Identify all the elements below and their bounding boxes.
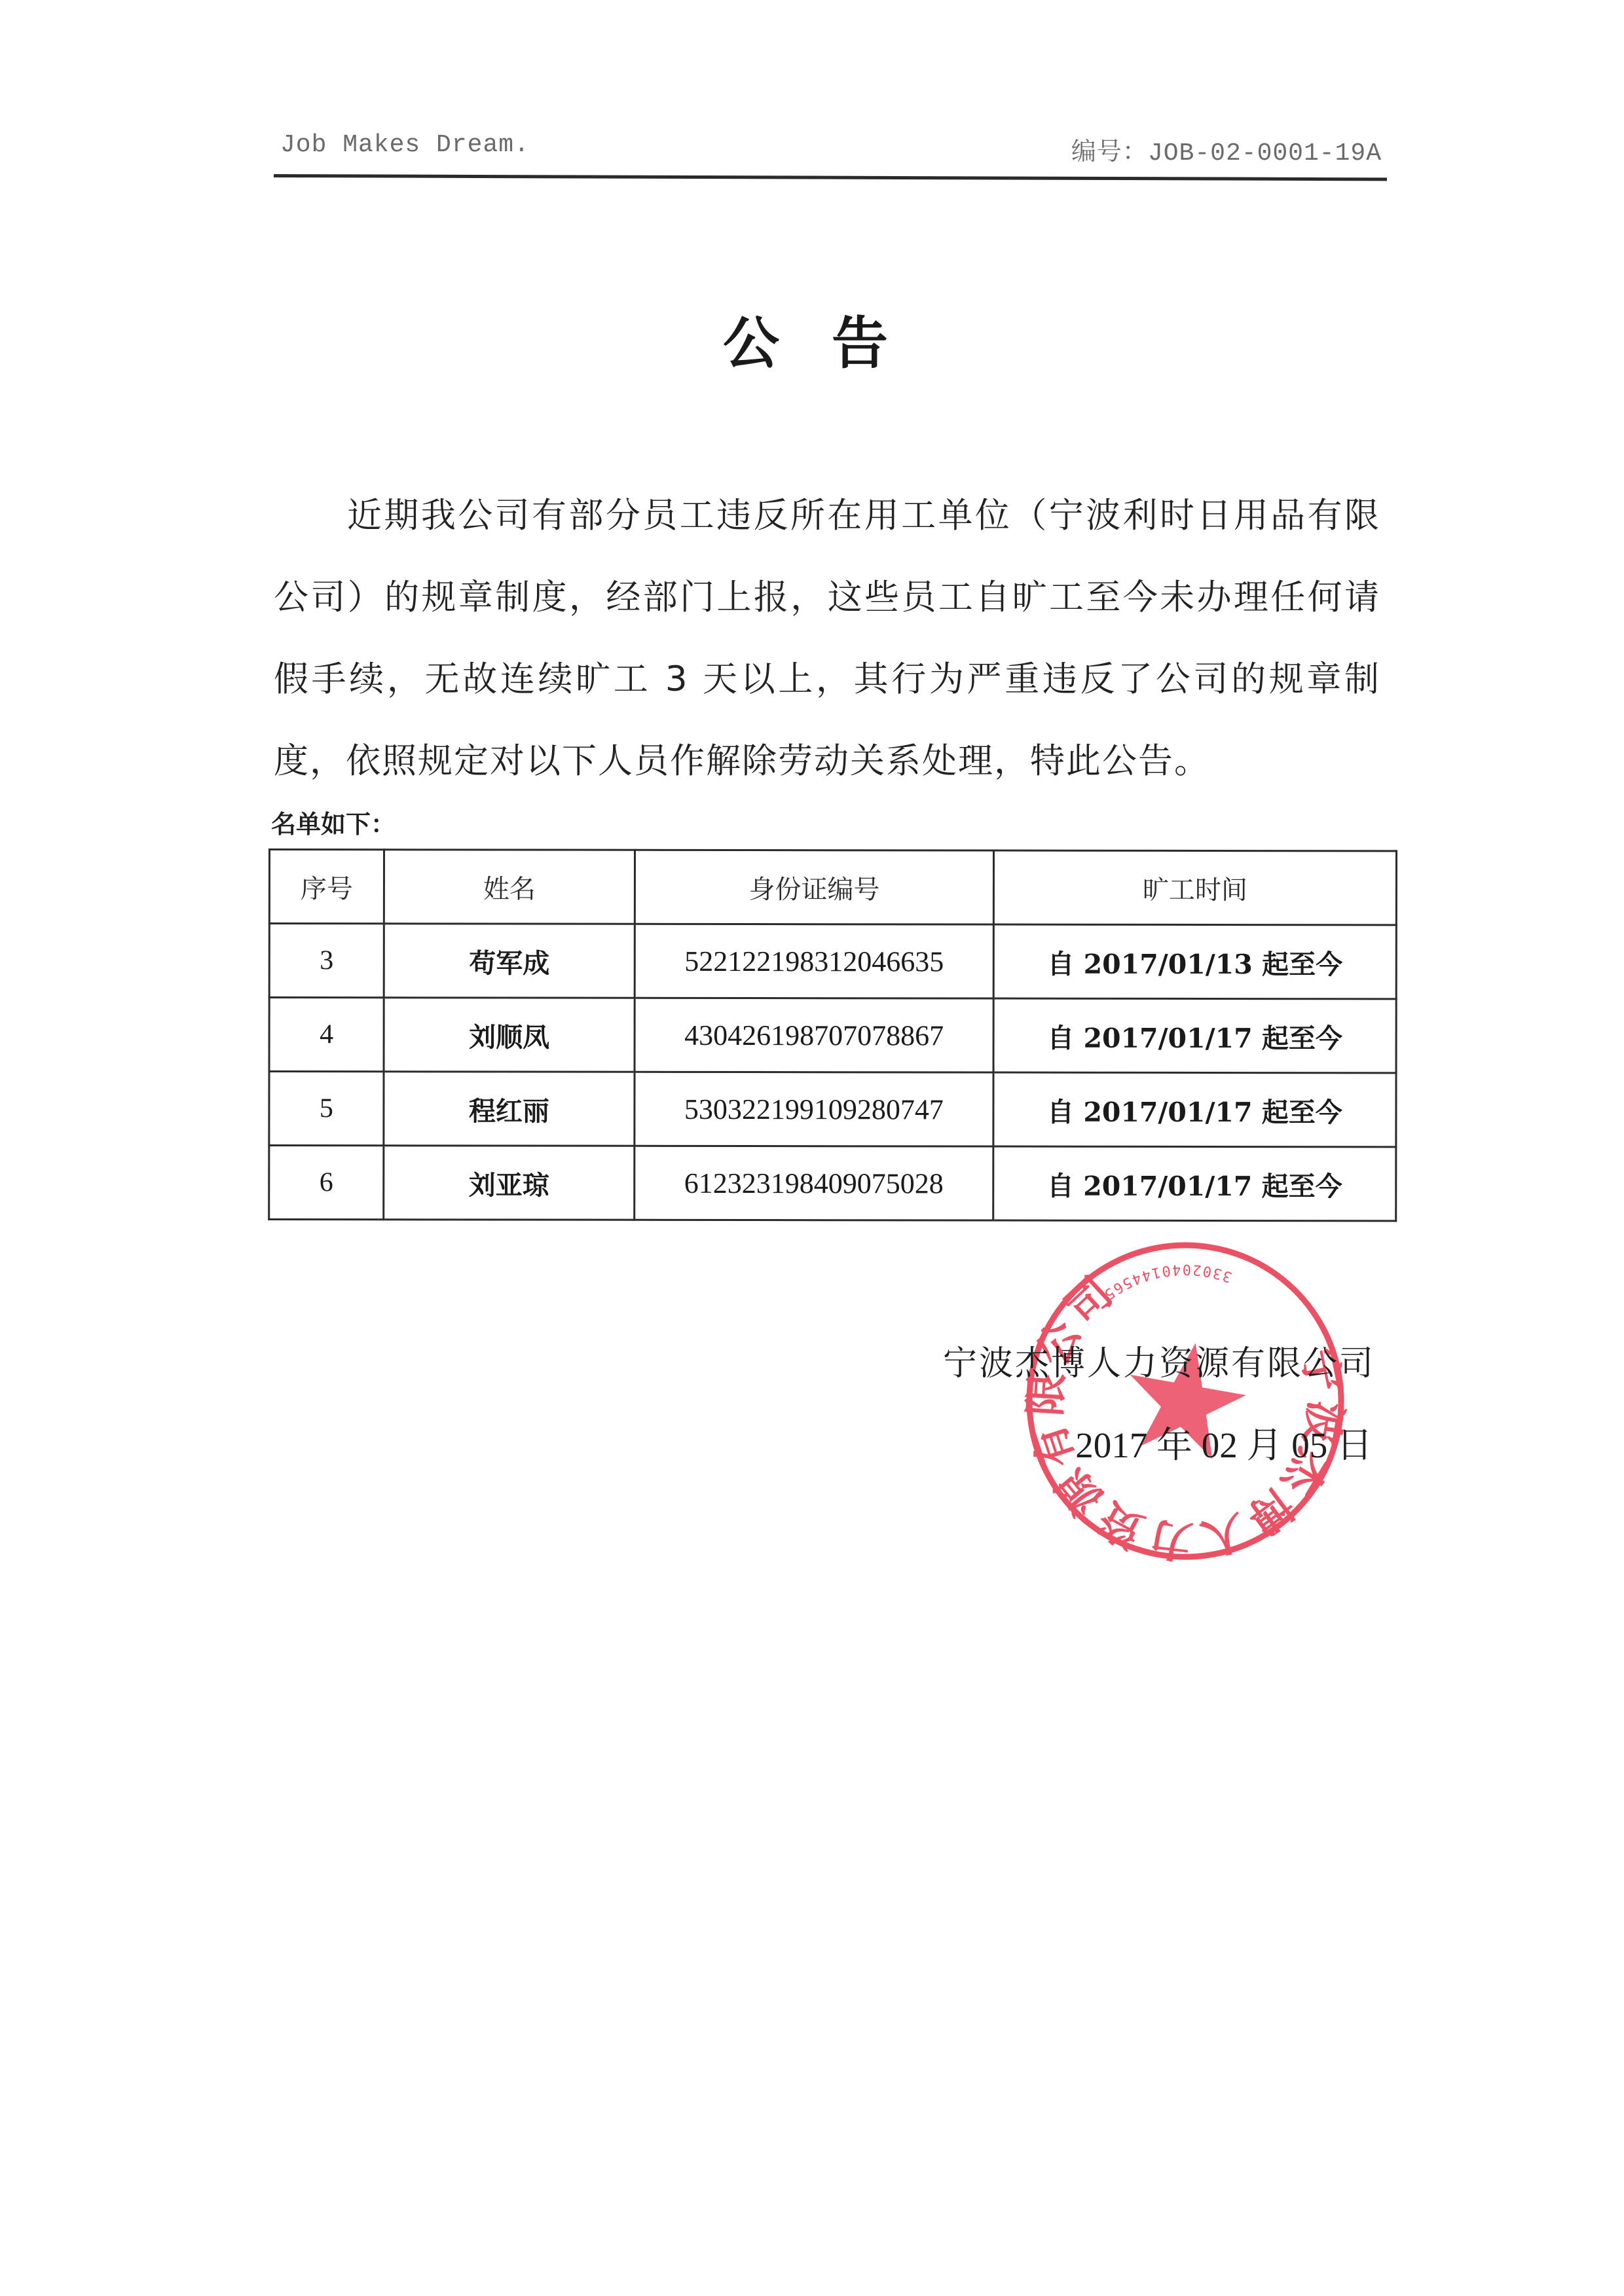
table-header-row: 序号 姓名 身份证编号 旷工时间 <box>269 850 1396 925</box>
notice-paragraph: 近期我公司有部分员工违反所在用工单位（宁波利时日用品有限公司）的规章制度，经部门… <box>274 475 1380 802</box>
company-seal-stamp: 宁波杰博人力资源有限公司 3302040144565 <box>1022 1237 1349 1565</box>
cell-name: 程红丽 <box>384 1072 635 1146</box>
cell-absence-period: 自 2017/01/17 起至今 <box>993 1072 1396 1147</box>
table-row: 5 程红丽 530322199109280747 自 2017/01/17 起至… <box>269 1072 1396 1147</box>
header-divider <box>274 174 1387 181</box>
table-row: 4 刘顺凤 430426198707078867 自 2017/01/17 起至… <box>269 998 1396 1073</box>
table-row: 3 苟军成 522122198312046635 自 2017/01/13 起至… <box>269 924 1396 999</box>
column-header-id-number: 身份证编号 <box>635 850 993 924</box>
cell-id-number: 522122198312046635 <box>635 924 993 998</box>
cell-absence-period: 自 2017/01/17 起至今 <box>993 998 1396 1073</box>
cell-no: 6 <box>269 1146 384 1220</box>
document-number: 编号：JOB-02-0001-19A <box>1071 131 1382 168</box>
cell-name: 刘顺凤 <box>384 998 635 1072</box>
page-title: 公告 <box>0 298 1624 379</box>
list-label: 名单如下： <box>271 804 396 840</box>
table-row: 6 刘亚琼 612323198409075028 自 2017/01/17 起至… <box>269 1146 1396 1221</box>
column-header-no: 序号 <box>269 850 384 924</box>
column-header-name: 姓名 <box>384 850 635 924</box>
signature-company: 宁波杰博人力资源有限公司 <box>943 1336 1375 1385</box>
cell-id-number: 430426198707078867 <box>635 998 993 1072</box>
column-header-absence-period: 旷工时间 <box>993 850 1396 925</box>
cell-absence-period: 自 2017/01/13 起至今 <box>993 924 1396 999</box>
document-number-label: 编号： <box>1071 139 1148 168</box>
cell-absence-period: 自 2017/01/17 起至今 <box>993 1146 1396 1221</box>
signature-date: 2017 年 02 月 05 日 <box>1075 1416 1373 1468</box>
cell-id-number: 612323198409075028 <box>635 1146 993 1220</box>
dismissal-table: 序号 姓名 身份证编号 旷工时间 3 苟军成 52212219831204663… <box>268 848 1397 1222</box>
cell-no: 4 <box>269 998 384 1072</box>
seal-number: 3302040144565 <box>1099 1237 1240 1342</box>
cell-name: 刘亚琼 <box>384 1146 635 1220</box>
document-number-value: JOB-02-0001-19A <box>1148 139 1382 168</box>
cell-no: 5 <box>269 1072 384 1146</box>
header-slogan: Job Makes Dream. <box>280 131 530 159</box>
cell-no: 3 <box>269 924 384 998</box>
cell-id-number: 530322199109280747 <box>635 1072 993 1146</box>
cell-name: 苟军成 <box>384 924 635 998</box>
